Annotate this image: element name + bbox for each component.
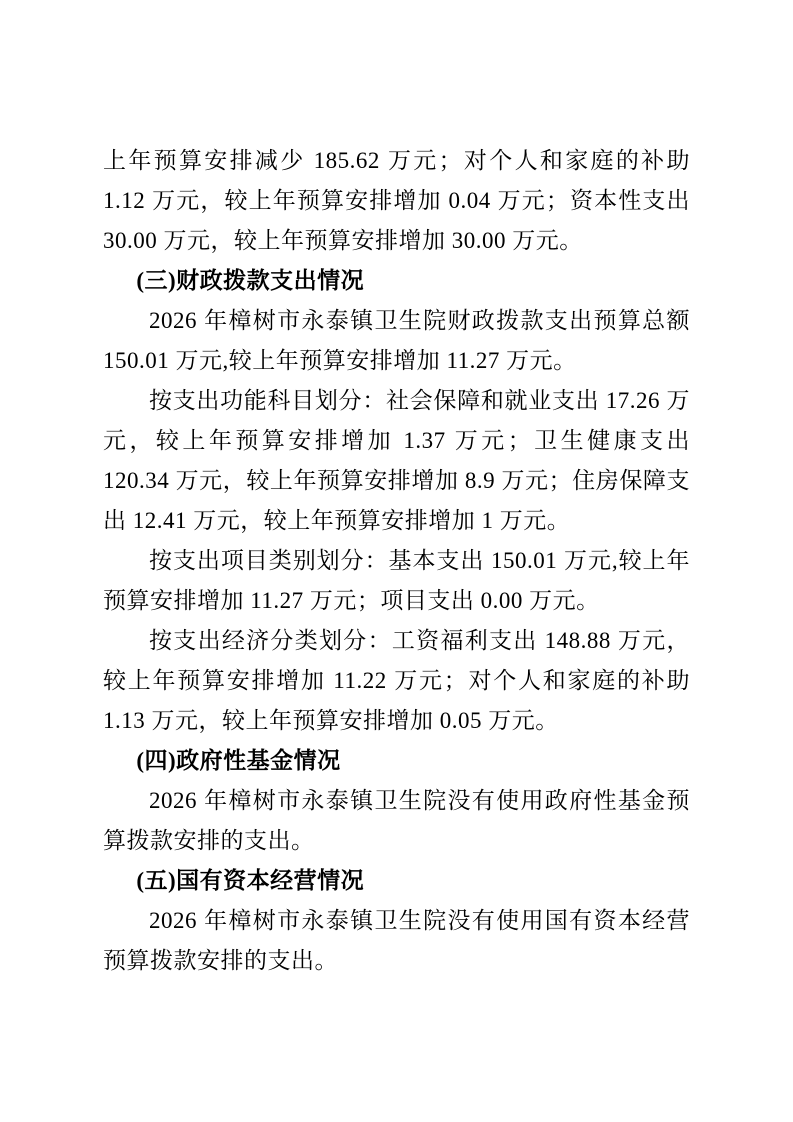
paragraph-expense-by-function: 按支出功能科目划分：社会保障和就业支出 17.26 万元，较上年预算安排增加 1… [103,381,690,541]
paragraph-expense-by-economic-class: 按支出经济分类划分：工资福利支出 148.88 万元，较上年预算安排增加 11.… [103,621,690,741]
section-heading-government-fund: (四)政府性基金情况 [103,741,690,781]
document-content: 上年预算安排减少 185.62 万元；对个人和家庭的补助 1.12 万元，较上年… [103,141,690,981]
paragraph-expense-by-project-type: 按支出项目类别划分：基本支出 150.01 万元,较上年预算安排增加 11.27… [103,541,690,621]
document-page: 上年预算安排减少 185.62 万元；对个人和家庭的补助 1.12 万元，较上年… [0,0,793,1122]
section-heading-state-capital: (五)国有资本经营情况 [103,861,690,901]
paragraph-government-fund: 2026 年樟树市永泰镇卫生院没有使用政府性基金预算拨款安排的支出。 [103,781,690,861]
paragraph-state-capital: 2026 年樟树市永泰镇卫生院没有使用国有资本经营预算拨款安排的支出。 [103,901,690,981]
paragraph-fiscal-expense-total: 2026 年樟树市永泰镇卫生院财政拨款支出预算总额 150.01 万元,较上年预… [103,301,690,381]
section-heading-fiscal-appropriation-expense: (三)财政拨款支出情况 [103,261,690,301]
paragraph-expense-continuation: 上年预算安排减少 185.62 万元；对个人和家庭的补助 1.12 万元，较上年… [103,141,690,261]
